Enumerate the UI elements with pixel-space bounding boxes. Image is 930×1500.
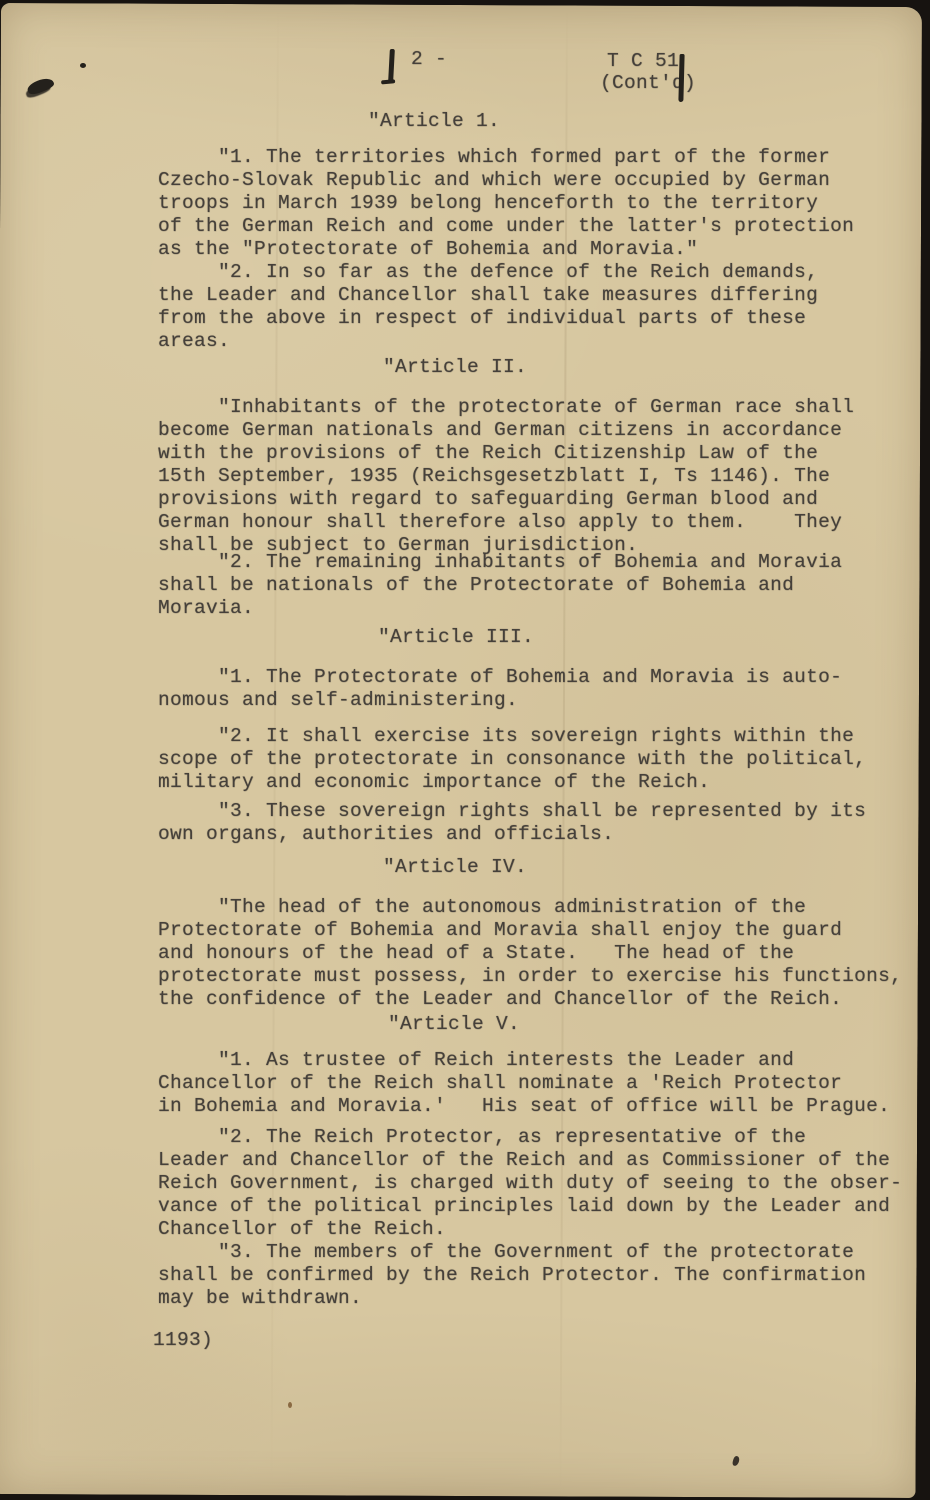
doc-reference: T C 51 — [607, 50, 679, 73]
article-3-heading: "Article III. — [378, 626, 534, 649]
article-2-paragraph-1: "Inhabitants of the protectorate of Germ… — [158, 396, 854, 557]
document-content: 2 - T C 51 (Cont'd) "Article 1. "1. The … — [0, 0, 930, 1500]
document-number: 1193) — [153, 1329, 213, 1352]
article-3-paragraph-3: "3. These sovereign rights shall be repr… — [158, 800, 866, 846]
article-5-heading: "Article V. — [388, 1013, 520, 1036]
article-4-heading: "Article IV. — [383, 856, 527, 879]
article-1-heading: "Article 1. — [368, 110, 500, 133]
document-scan: 2 - T C 51 (Cont'd) "Article 1. "1. The … — [0, 0, 930, 1500]
article-3-paragraph-1: "1. The Protectorate of Bohemia and Mora… — [158, 666, 842, 712]
article-5-paragraph-1: "1. As trustee of Reich interests the Le… — [158, 1049, 890, 1118]
article-5-paragraph-3: "3. The members of the Government of the… — [158, 1241, 866, 1310]
article-3-paragraph-2: "2. It shall exercise its sovereign righ… — [158, 725, 866, 794]
paper-speck — [288, 1402, 292, 1408]
article-1-paragraph-1: "1. The territories which formed part of… — [158, 146, 854, 261]
ink-dot — [80, 63, 86, 68]
article-2-heading: "Article II. — [383, 356, 527, 379]
article-5-paragraph-2: "2. The Reich Protector, as representati… — [158, 1126, 902, 1241]
article-1-paragraph-2: "2. In so far as the defence of the Reic… — [158, 261, 818, 353]
article-4-paragraph-1: "The head of the autonomous administrati… — [158, 896, 902, 1011]
article-2-paragraph-2: "2. The remaining inhabitants of Bohemia… — [158, 551, 842, 620]
page-number: 2 - — [411, 48, 447, 71]
